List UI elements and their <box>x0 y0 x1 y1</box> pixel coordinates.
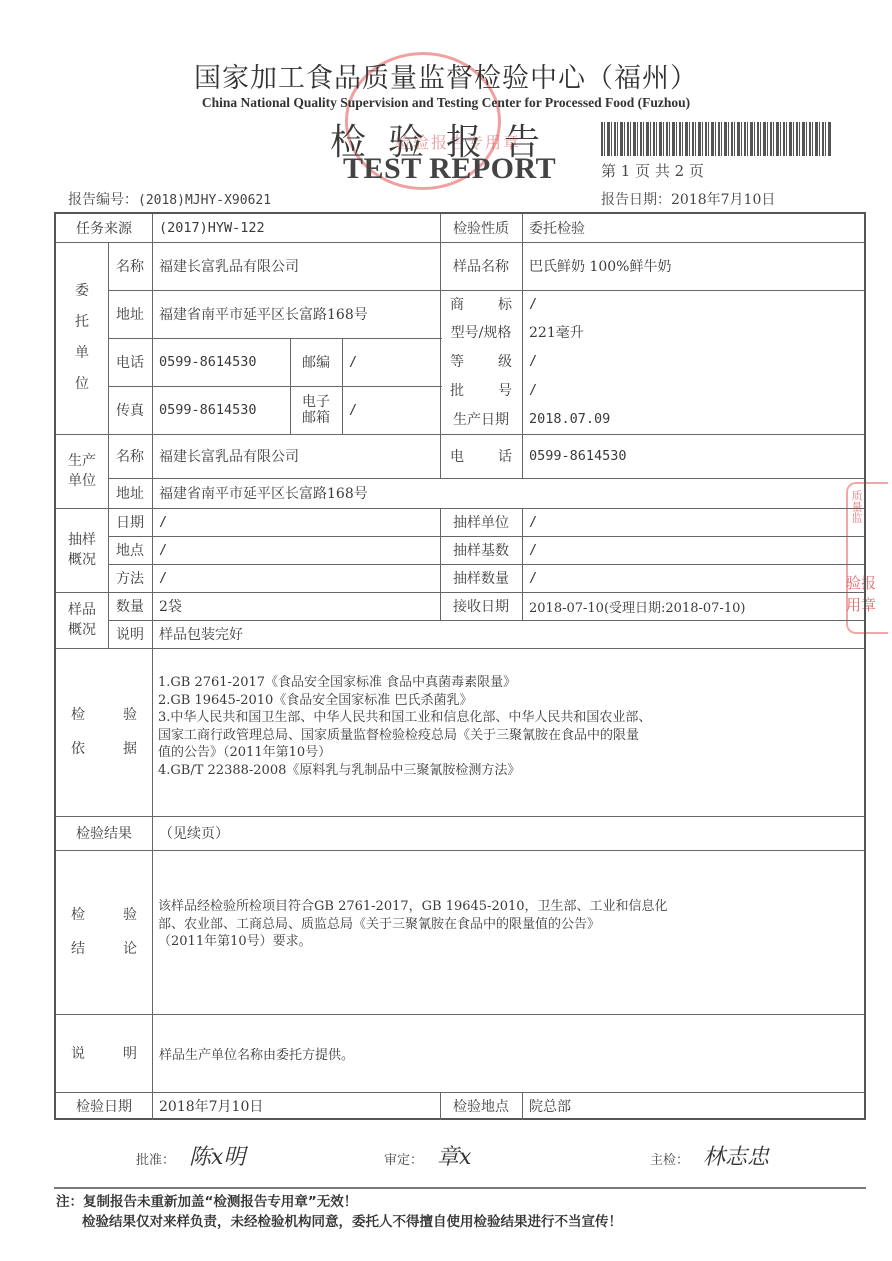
client-fax-value: 0599-8614530 <box>153 386 289 434</box>
trademark-value: / <box>523 290 859 318</box>
review-signature: 审定：章x <box>384 1140 471 1171</box>
basis-line: 1.GB 2761-2017《食品安全国家标准 食品中真菌毒素限量》 <box>158 674 858 692</box>
sampling-method-label: 方法 <box>108 564 152 592</box>
chief-label: 主检： <box>650 1153 689 1168</box>
grade-value: / <box>523 346 859 376</box>
label-part: 标 <box>498 294 512 314</box>
report-number-label: 报告编号： <box>68 192 138 208</box>
footer-note-responsibility: 检验结果仅对来样负责，未经检验机构同意，委托人不得擅自使用检验结果进行不当宣传！ <box>82 1210 622 1230</box>
sample-name-label: 样品名称 <box>440 242 522 290</box>
client-postcode-label: 邮编 <box>290 338 342 386</box>
remarks-label: 说明 <box>56 1014 152 1092</box>
producer-address-value: 福建省南平市延平区长富路168号 <box>153 478 759 508</box>
label-part: 商 <box>450 294 464 314</box>
client-group-label: 委 托 单 位 <box>56 242 108 434</box>
report-table: 任务来源 (2017)HYW-122 检验性质 委托检验 委 托 单 位 名称 … <box>54 212 866 1120</box>
review-sig: 章x <box>437 1145 471 1170</box>
sampling-quantity-value: / <box>523 564 859 592</box>
label-part: 号 <box>498 380 512 400</box>
sampling-base-label: 抽样基数 <box>440 536 522 564</box>
basis-line: 2.GB 19645-2010《食品安全国家标准 巴氏杀菌乳》 <box>158 692 858 710</box>
sampling-method-value: / <box>153 564 439 592</box>
sample-quantity-value: 2袋 <box>153 592 439 620</box>
client-char: 委 <box>75 276 89 307</box>
label-part: 结 <box>71 932 85 966</box>
sampling-base-value: / <box>523 536 859 564</box>
inspection-date-value: 2018年7月10日 <box>153 1092 439 1120</box>
production-date-value: 2018.07.09 <box>523 404 859 434</box>
approve-sig: 陈x明 <box>189 1145 245 1170</box>
receive-date-label: 接收日期 <box>440 592 522 620</box>
producer-name-label: 名称 <box>108 434 152 478</box>
client-char: 单 <box>75 338 89 369</box>
basis-line: 国家工商行政管理总局、国家质量监督检验检疫总局《关于三聚氰胺在食品中的限量 <box>158 727 858 745</box>
report-number: 报告编号：(2018)MJHY-X90621 <box>68 189 271 209</box>
basis-line: 值的公告》（2011年第10号） <box>158 744 858 762</box>
producer-address-label: 地址 <box>108 478 152 508</box>
receive-date-value: 2018-07-10(受理日期:2018-07-10) <box>523 592 859 620</box>
client-address-label: 地址 <box>108 290 152 338</box>
sample-note-value: 样品包装完好 <box>153 620 759 648</box>
label-part: 据 <box>123 732 137 766</box>
conclusion-line: 该样品经检验所检项目符合GB 2761-2017，GB 19645-2010，卫… <box>158 898 858 916</box>
client-email-label: 电子 邮箱 <box>290 386 342 434</box>
conclusion-line: 部、农业部、工商总局、质监总局《关于三聚氰胺在食品中的限量值的公告》 <box>158 916 858 934</box>
sampling-place-label: 地点 <box>108 536 152 564</box>
label-part: 明 <box>123 1043 137 1063</box>
client-phone-value: 0599-8614530 <box>153 338 289 386</box>
sampling-quantity-label: 抽样数量 <box>440 564 522 592</box>
report-number-value: (2018)MJHY-X90621 <box>138 193 271 208</box>
sampling-unit-label: 抽样单位 <box>440 508 522 536</box>
sampling-group-label: 抽样 概况 <box>56 508 108 592</box>
sampling-unit-value: / <box>523 508 859 536</box>
label-part: 话 <box>498 446 512 466</box>
producer-phone-label: 电话 <box>440 434 522 478</box>
client-name-label: 名称 <box>108 242 152 290</box>
label-part: 说 <box>71 1043 85 1063</box>
producer-group-label: 生产 单位 <box>56 434 108 508</box>
client-fax-label: 传真 <box>108 386 152 434</box>
report-date: 报告日期：2018年7月10日 <box>601 189 775 209</box>
result-label: 检验结果 <box>56 816 152 850</box>
chief-sig: 林志忠 <box>703 1145 769 1170</box>
organization-name-en: China National Quality Supervision and T… <box>0 95 892 111</box>
inspection-place-label: 检验地点 <box>440 1092 522 1120</box>
batch-label: 批号 <box>440 376 522 404</box>
client-name-value: 福建长富乳品有限公司 <box>153 242 439 290</box>
approve-label: 批准： <box>136 1153 175 1168</box>
sample-name-value: 巴氏鲜奶 100%鲜牛奶 <box>523 242 859 290</box>
producer-name-value: 福建长富乳品有限公司 <box>153 434 439 478</box>
conclusion-line: （2011年第10号）要求。 <box>158 933 858 951</box>
task-source-label: 任务来源 <box>56 214 152 242</box>
sampling-place-value: / <box>153 536 439 564</box>
conclusion-label: 检验 结论 <box>56 850 152 1014</box>
page-info: 第 1 页 共 2 页 <box>601 160 704 181</box>
inspection-type-label: 检验性质 <box>440 214 522 242</box>
label-part: 验 <box>123 898 137 932</box>
label-part: 检 <box>71 698 85 732</box>
inspection-date-label: 检验日期 <box>56 1092 152 1120</box>
footer-divider <box>54 1187 866 1189</box>
sampling-date-value: / <box>153 508 439 536</box>
approve-signature: 批准：陈x明 <box>136 1140 245 1171</box>
spec-value: 221毫升 <box>523 318 859 346</box>
spec-label: 型号/规格 <box>440 318 522 346</box>
label-part: 电 <box>450 446 464 466</box>
client-char: 托 <box>75 307 89 338</box>
document-title-en: TEST REPORT <box>343 152 556 186</box>
inspection-type-value: 委托检验 <box>523 214 859 242</box>
barcode <box>601 122 832 156</box>
sampling-date-label: 日期 <box>108 508 152 536</box>
label-part: 等 <box>450 351 464 371</box>
grade-label: 等级 <box>440 346 522 376</box>
chief-signature: 主检：林志忠 <box>650 1140 769 1171</box>
label-part: 验 <box>123 698 137 732</box>
remarks-value: 样品生产单位名称由委托方提供。 <box>153 1014 759 1092</box>
client-phone-label: 电话 <box>108 338 152 386</box>
organization-name-cn: 国家加工食品质量监督检验中心（福州） <box>0 56 892 95</box>
label-part: 检 <box>71 898 85 932</box>
trademark-label: 商标 <box>440 290 522 318</box>
client-postcode-value: / <box>343 338 439 386</box>
basis-line: 3.中华人民共和国卫生部、中华人民共和国工业和信息化部、中华人民共和国农业部、 <box>158 709 858 727</box>
sample-status-group-label: 样品 概况 <box>56 592 108 648</box>
client-email-value: / <box>343 386 439 434</box>
task-source-value: (2017)HYW-122 <box>153 214 439 242</box>
label-part: 论 <box>123 932 137 966</box>
client-char: 位 <box>75 369 89 400</box>
basis-text: 1.GB 2761-2017《食品安全国家标准 食品中真菌毒素限量》 2.GB … <box>158 674 858 779</box>
review-label: 审定： <box>384 1153 423 1168</box>
report-date-label: 报告日期： <box>601 192 671 208</box>
production-date-label: 生产日期 <box>440 404 522 434</box>
basis-line: 4.GB/T 22388-2008《原料乳与乳制品中三聚氰胺检测方法》 <box>158 762 858 780</box>
producer-phone-value: 0599-8614530 <box>523 434 859 478</box>
label-part: 级 <box>498 351 512 371</box>
sample-quantity-label: 数量 <box>108 592 152 620</box>
footer-note-copy: 注：复制报告未重新加盖“检测报告专用章”无效！ <box>56 1190 357 1210</box>
basis-label: 检验 依据 <box>56 648 152 816</box>
batch-value: / <box>523 376 859 404</box>
client-address-value: 福建省南平市延平区长富路168号 <box>153 290 439 338</box>
label-part: 依 <box>71 732 85 766</box>
result-value: （见续页） <box>153 816 759 850</box>
report-date-value: 2018年7月10日 <box>671 192 775 208</box>
conclusion-text: 该样品经检验所检项目符合GB 2761-2017，GB 19645-2010，卫… <box>158 898 858 951</box>
label-part: 批 <box>450 380 464 400</box>
inspection-place-value: 院总部 <box>523 1092 859 1120</box>
sample-note-label: 说明 <box>108 620 152 648</box>
